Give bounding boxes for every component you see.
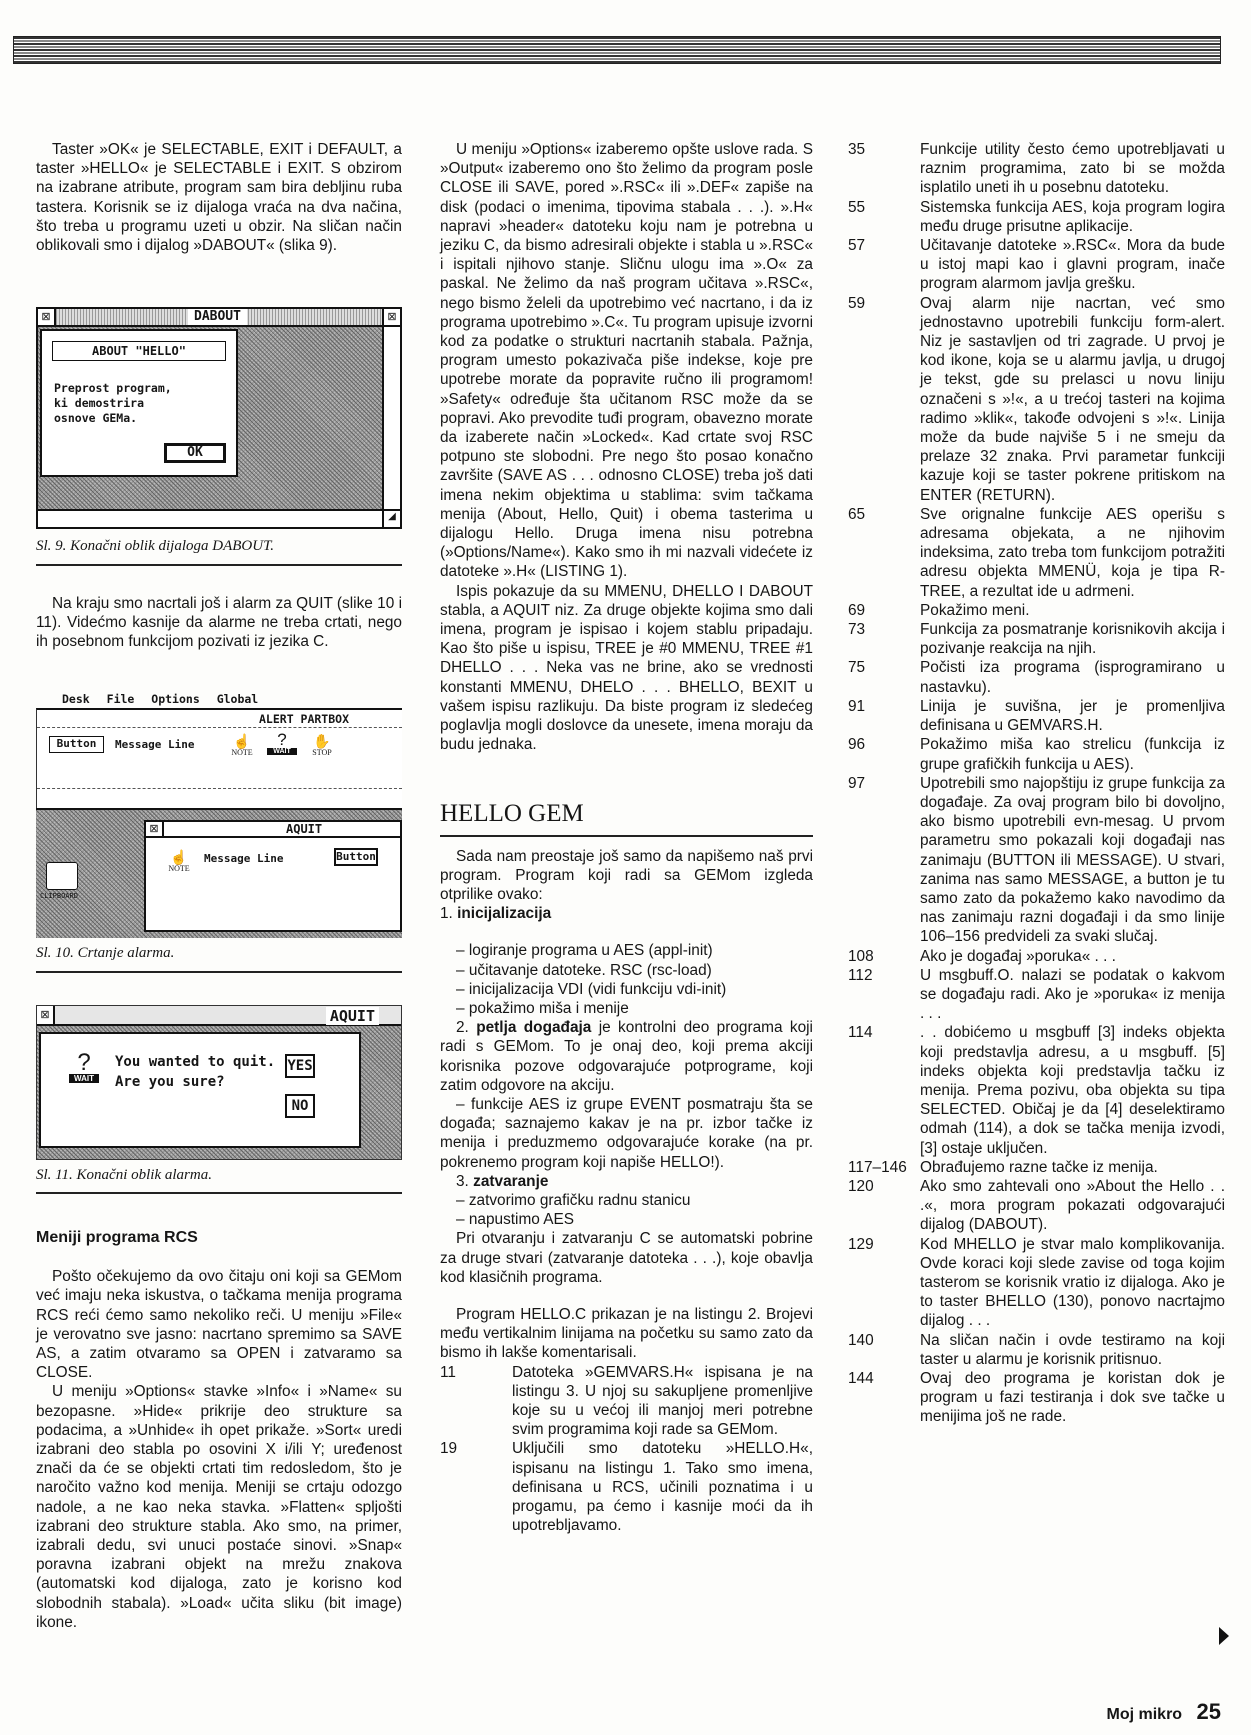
step-1-list: – logiranje programa u AES (appl-init) –… — [440, 941, 813, 1018]
note-text: Ovaj alarm nije nacrtan, već smo jednost… — [920, 294, 1225, 505]
note-icon: ☝ NOTE — [164, 850, 194, 873]
note-row: 65Sve orignalne funkcije AES operišu s a… — [848, 505, 1225, 601]
size-box-icon: ◢ — [382, 511, 400, 527]
dialog-body: Preprost program, ki demostrira osnove G… — [54, 381, 172, 426]
line-number: 57 — [848, 236, 920, 294]
note-text: Učitavanje datoteke ».RSC«. Mora da bude… — [920, 236, 1225, 294]
step-3: 3. zatvaranje — [440, 1172, 813, 1191]
line-number: 140 — [848, 1331, 920, 1369]
line-number: 97 — [848, 774, 920, 947]
dialog-line: ki demostrira — [54, 396, 172, 411]
line-number: 96 — [848, 735, 920, 773]
list-item: – učitavanje datoteke. RSC (rsc-load) — [456, 961, 813, 980]
note-text: Datoteka »GEMVARS.H« ispisana je na list… — [512, 1363, 813, 1440]
paragraph: Program HELLO.C prikazan je na listingu … — [440, 1305, 813, 1363]
close-box-icon[interactable]: ⊠ — [37, 1006, 55, 1024]
note-text: Ako je događaj »poruka« . . . — [920, 947, 1225, 966]
partbox-title-rule — [37, 727, 402, 728]
partbox-bottom-rule — [37, 788, 402, 789]
dialog-title: ABOUT "HELLO" — [52, 341, 226, 361]
titlebar: ⊠ AQUIT — [37, 1006, 401, 1026]
clipboard-label: CLIPBOARD — [40, 892, 78, 900]
figure-9: ⊠ DABOUT ⊠ ◢ ABOUT "HELLO" Preprost prog… — [36, 307, 402, 529]
divider — [36, 971, 402, 973]
note-row: 19 Uključili smo datoteku »HELLO.H«, isp… — [440, 1439, 813, 1535]
page-number: 25 — [1197, 1699, 1221, 1724]
dabout-dialog: ABOUT "HELLO" Preprost program, ki demos… — [40, 329, 238, 477]
note-row: 59Ovaj alarm nije nacrtan, već smo jedno… — [848, 294, 1225, 505]
yes-button[interactable]: YES — [285, 1054, 315, 1078]
note-row: 140Na sličan način i ovde testiramo na k… — [848, 1331, 1225, 1369]
line-number: 114 — [848, 1023, 920, 1157]
note-row: 69Pokažimo meni. — [848, 601, 1225, 620]
note-row: 114. . dobićemo u msgbuff [3] indeks obj… — [848, 1023, 1225, 1157]
window-title: DABOUT — [188, 309, 247, 325]
note-text: Uključili smo datoteku »HELLO.H«, ispisa… — [512, 1439, 813, 1535]
partbox-title: ALERT PARTBOX — [259, 712, 349, 726]
page-footer: Moj mikro 25 — [1107, 1699, 1222, 1725]
note-text: Sve orignalne funkcije AES operišu s adr… — [920, 505, 1225, 601]
section-heading: Meniji programa RCS — [36, 1228, 402, 1247]
wait-icon-label: WAIT — [267, 748, 297, 755]
close-box-icon: ⊠ — [38, 309, 56, 325]
window-bottom-bar: ◢ — [38, 509, 400, 527]
note-text: Sistemska funkcija AES, koja program log… — [920, 198, 1225, 236]
note-row: 96Pokažimo miša kao strelicu (funkcija i… — [848, 735, 1225, 773]
note-text: Funkcije utility često ćemo upotrebljava… — [920, 140, 1225, 198]
step-number: 2. — [456, 1019, 469, 1036]
dialog-line: Preprost program, — [54, 381, 172, 396]
note-text: Pokažimo miša kao strelicu (funkcija iz … — [920, 735, 1225, 773]
ok-button[interactable]: OK — [164, 443, 226, 463]
note-text: U msgbuff.O. nalazi se podatak o kakvom … — [920, 966, 1225, 1024]
wait-icon[interactable]: ? WAIT — [267, 732, 297, 755]
wait-icon-label: WAIT — [69, 1074, 99, 1083]
notes-list: 35Funkcije utility često ćemo upotreblja… — [848, 140, 1225, 1427]
figure-11: ⊠ AQUIT ? WAIT You wanted to quit. Are y… — [36, 1005, 402, 1160]
dabout-window: ⊠ DABOUT ⊠ ◢ ABOUT "HELLO" Preprost prog… — [36, 307, 402, 529]
note-text: Počisti iza programa (isprogramirano u n… — [920, 658, 1225, 696]
figure-9-caption: Sl. 9. Konačni oblik dijaloga DABOUT. — [36, 538, 274, 555]
aquit-window: ⊠ AQUIT ☝ NOTE Message Line Button — [144, 820, 402, 932]
desktop: CLIPBOARD ⊠ AQUIT ☝ NOTE Message Line Bu… — [36, 808, 402, 938]
section-rule — [440, 835, 813, 837]
divider — [36, 1192, 402, 1194]
note-row: 108Ako je događaj »poruka« . . . — [848, 947, 1225, 966]
menu-desk[interactable]: Desk — [62, 692, 90, 706]
dialog-line: osnove GEMa. — [54, 411, 172, 426]
column-3: 35Funkcije utility često ćemo upotreblja… — [848, 140, 1225, 1427]
full-box-icon: ⊠ — [382, 309, 400, 325]
paragraph: U meniju »Options« stavke »Info« i »Name… — [36, 1382, 402, 1632]
note-row: 97Upotrebili smo najopštiju iz grupe fun… — [848, 774, 1225, 947]
stop-icon-label: STOP — [307, 748, 337, 757]
figure-10: Desk File Options Global ALERT PARTBOX B… — [36, 690, 402, 945]
note-text: Ovaj deo programa je koristan dok je pro… — [920, 1369, 1225, 1427]
line-number: 91 — [848, 697, 920, 735]
note-text: . . dobićemo u msgbuff [3] indeks objekt… — [920, 1023, 1225, 1157]
aquit-button[interactable]: Button — [334, 848, 378, 866]
paragraph: Pri otvaranju i zatvaranju C se automats… — [440, 1229, 813, 1287]
line-number: 55 — [848, 198, 920, 236]
menu-file[interactable]: File — [107, 692, 135, 706]
alert-box: ? WAIT You wanted to quit. Are you sure?… — [39, 1032, 361, 1148]
line-number: 120 — [848, 1177, 920, 1235]
line-number: 144 — [848, 1369, 920, 1427]
note-row: 57Učitavanje datoteke ».RSC«. Mora da bu… — [848, 236, 1225, 294]
partbox-button[interactable]: Button — [49, 736, 104, 753]
note-row: 117–146Obrađujemo razne tačke iz menija. — [848, 1158, 1225, 1177]
step-number: 3. — [456, 1173, 469, 1190]
continue-arrow-icon — [1219, 1627, 1229, 1645]
note-icon[interactable]: ☝ NOTE — [227, 734, 257, 757]
line-number: 112 — [848, 966, 920, 1024]
note-icon-label: NOTE — [164, 864, 194, 873]
note-row: 73Funkcija za posmatranje korisnikovih a… — [848, 620, 1225, 658]
note-row: 120Ako smo zahtevali ono »About the Hell… — [848, 1177, 1225, 1235]
divider — [36, 564, 402, 566]
note-text: Ako smo zahtevali ono »About the Hello .… — [920, 1177, 1225, 1235]
window-title: AQUIT — [326, 1007, 379, 1025]
line-number: 59 — [848, 294, 920, 505]
list-item: – funkcije AES iz grupe EVENT posmatraju… — [440, 1095, 813, 1172]
list-item: – napustimo AES — [456, 1210, 813, 1229]
header-band — [13, 36, 1221, 64]
section-title: HELLO GEM — [440, 799, 813, 829]
line-number: 69 — [848, 601, 920, 620]
step-1: 1. inicijalizacija — [440, 904, 813, 923]
alert-line: You wanted to quit. — [115, 1052, 275, 1072]
note-text: Linija je suvišna, jer je promenljiva de… — [920, 697, 1225, 735]
list-item: – pokažimo miša i menije — [456, 999, 813, 1018]
figure-10-caption: Sl. 10. Crtanje alarma. — [36, 945, 174, 962]
note-row: 144Ovaj deo programa je koristan dok je … — [848, 1369, 1225, 1427]
line-number: 129 — [848, 1235, 920, 1331]
line-number: 108 — [848, 947, 920, 966]
column-2: U meniju »Options« izaberemo opšte uslov… — [440, 140, 813, 1535]
paragraph: Ispis pokazuje da su MMENU, DHELLO I DAB… — [440, 582, 813, 755]
menu-options[interactable]: Options — [151, 692, 199, 706]
line-number: 73 — [848, 620, 920, 658]
note-row: 55Sistemska funkcija AES, koja program l… — [848, 198, 1225, 236]
note-text: Na sličan način i ovde testiramo na koji… — [920, 1331, 1225, 1369]
line-number: 35 — [848, 140, 920, 198]
line-number: 117–146 — [848, 1158, 920, 1177]
step-title: inicijalizacija — [457, 905, 551, 922]
note-row: 91Linija je suvišna, jer je promenljiva … — [848, 697, 1225, 735]
stop-icon[interactable]: ✋ STOP — [307, 734, 337, 757]
aquit-message-line: Message Line — [204, 852, 283, 865]
line-number: 11 — [440, 1363, 512, 1440]
note-text: Obrađujemo razne tačke iz menija. — [920, 1158, 1225, 1177]
partbox-message-line: Message Line — [115, 738, 194, 751]
line-number: 19 — [440, 1439, 512, 1535]
step-title: petlja događaja — [476, 1019, 591, 1036]
step-3-list: – zatvorimo grafičku radnu stanicu – nap… — [440, 1191, 813, 1229]
list-item: – inicijalizacija VDI (vidi funkciju vdi… — [456, 980, 813, 999]
clipboard-icon[interactable] — [46, 862, 78, 890]
window-titlebar: ⊠ DABOUT ⊠ — [38, 309, 400, 327]
magazine-name: Moj mikro — [1107, 1706, 1183, 1723]
note-row: 129Kod MHELLO je stvar malo komplikovani… — [848, 1235, 1225, 1331]
menu-global[interactable]: Global — [217, 692, 259, 706]
alert-message: You wanted to quit. Are you sure? — [115, 1052, 275, 1092]
paragraph: Sada nam preostaje još samo da napišemo … — [440, 847, 813, 905]
column-1-mid: Na kraju smo nacrtali još i alarm za QUI… — [36, 594, 402, 652]
column-1-top: Taster »OK« je SELECTABLE, EXIT i DEFAUL… — [36, 140, 402, 255]
note-text: Upotrebili smo najopštiju iz grupe funkc… — [920, 774, 1225, 947]
wait-icon: ? WAIT — [69, 1052, 99, 1083]
note-row: 11 Datoteka »GEMVARS.H« ispisana je na l… — [440, 1363, 813, 1440]
list-item: – zatvorimo grafičku radnu stanicu — [456, 1191, 813, 1210]
paragraph: Taster »OK« je SELECTABLE, EXIT i DEFAUL… — [36, 140, 402, 255]
step-title: zatvaranje — [473, 1173, 548, 1190]
note-text: Kod MHELLO je stvar malo komplikovanija.… — [920, 1235, 1225, 1331]
alert-line: Are you sure? — [115, 1072, 275, 1092]
paragraph: Na kraju smo nacrtali još i alarm za QUI… — [36, 594, 402, 652]
figure-11-caption: Sl. 11. Konačni oblik alarma. — [36, 1167, 212, 1184]
aquit-final-window: ⊠ AQUIT ? WAIT You wanted to quit. Are y… — [36, 1005, 402, 1160]
paragraph: U meniju »Options« izaberemo opšte uslov… — [440, 140, 813, 582]
note-icon-label: NOTE — [227, 748, 257, 757]
note-row: 75Počisti iza programa (isprogramirano u… — [848, 658, 1225, 696]
line-number: 65 — [848, 505, 920, 601]
paragraph: Pošto očekujemo da ovo čitaju oni koji s… — [36, 1267, 402, 1382]
column-1-bottom: Meniji programa RCS Pošto očekujemo da o… — [36, 1228, 402, 1632]
aquit-title: AQUIT — [286, 822, 322, 836]
aquit-titlebar: ⊠ AQUIT — [146, 822, 400, 838]
step-2: 2. petlja događaja je kontrolni deo prog… — [440, 1018, 813, 1095]
menu-bar: Desk File Options Global — [62, 692, 258, 706]
no-button[interactable]: NO — [285, 1094, 315, 1118]
step-number: 1. — [440, 905, 453, 922]
close-box-icon[interactable]: ⊠ — [146, 822, 164, 836]
note-text: Pokažimo meni. — [920, 601, 1225, 620]
window-right-bar — [382, 327, 400, 509]
note-text: Funkcija za posmatranje korisnikovih akc… — [920, 620, 1225, 658]
list-item: – logiranje programa u AES (appl-init) — [456, 941, 813, 960]
note-row: 35Funkcije utility često ćemo upotreblja… — [848, 140, 1225, 198]
note-row: 112U msgbuff.O. nalazi se podatak o kakv… — [848, 966, 1225, 1024]
line-number: 75 — [848, 658, 920, 696]
alert-partbox: ALERT PARTBOX Button Message Line ☝ NOTE… — [36, 708, 402, 808]
